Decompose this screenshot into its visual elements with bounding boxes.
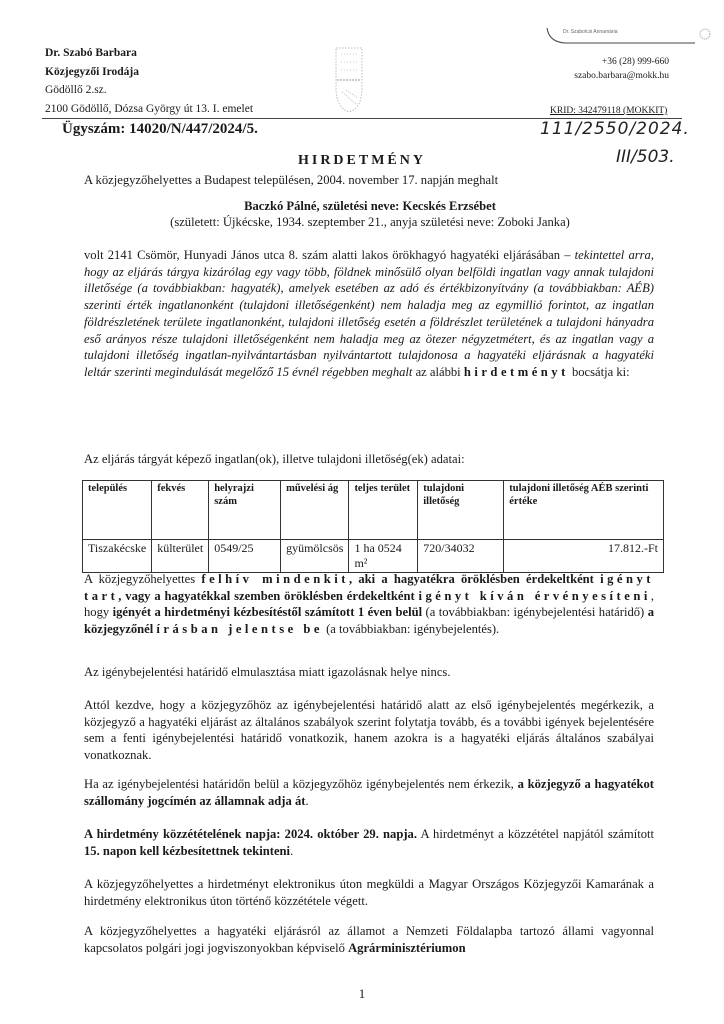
signature-stamp: Dr. Szabolcsi Annamária bbox=[545, 26, 715, 46]
p5-c: . bbox=[305, 794, 308, 808]
p1-lead: volt 2141 Csömör, Hunyadi János utca 8. … bbox=[84, 248, 575, 262]
office-title: Közjegyzői Irodája bbox=[45, 63, 253, 82]
email: szabo.barbara@mokk.hu bbox=[574, 70, 669, 84]
krid-id: KRID: 342479118 (MOKKIT) bbox=[550, 106, 667, 116]
p2-b: felhív mindenkit bbox=[201, 572, 349, 586]
table-row: Tiszakécskekülterület0549/25gyümölcsös1 … bbox=[83, 540, 664, 573]
table-cell: külterület bbox=[152, 540, 209, 573]
case-number: Ügyszám: 14020/N/447/2024/5. bbox=[62, 121, 258, 138]
stamp-text: Dr. Szabolcsi Annamária bbox=[563, 29, 617, 35]
p2-f: igényt kíván érvényesíteni bbox=[419, 589, 651, 603]
table-body: Tiszakécskekülterület0549/25gyümölcsös1 … bbox=[83, 540, 664, 573]
table-header-cell: település bbox=[83, 481, 152, 540]
office-address: 2100 Gödöllő, Dózsa György út 13. I. eme… bbox=[45, 100, 253, 119]
p2-h: igényét a hirdetményi kézbesítéstől szám… bbox=[113, 605, 422, 619]
table-header-cell: fekvés bbox=[152, 481, 209, 540]
table-header-cell: művelési ág bbox=[281, 481, 349, 540]
table-intro: Az eljárás tárgyát képező ingatlan(ok), … bbox=[84, 451, 654, 468]
contact-block: +36 (28) 999-660 szabo.barbara@mokk.hu bbox=[574, 56, 669, 83]
table-cell: gyümölcsös bbox=[281, 540, 349, 573]
handwritten-reference-1: 111/2550/2024. bbox=[540, 119, 690, 139]
paragraph-chamber: A közjegyzőhelyettes a hirdetményt elekt… bbox=[84, 876, 654, 909]
p2-i: (a továbbiakban: igénybejelentési határi… bbox=[422, 605, 648, 619]
paragraph-no-excuse: Az igénybejelentési határidő elmulasztás… bbox=[84, 664, 654, 681]
p2-e: , vagy a hagyatékkal szemben öröklésben … bbox=[118, 589, 418, 603]
p1-spaced: hirdetményt bbox=[464, 365, 569, 379]
table-header-cell: helyrajzi szám bbox=[209, 481, 281, 540]
p2-c: , aki a hagyatékra öröklésben érdekeltké… bbox=[349, 572, 600, 586]
p1-mid: az alábbi bbox=[412, 365, 463, 379]
paragraph-publication-date: A hirdetmény közzétételének napja: 2024.… bbox=[84, 826, 654, 859]
paragraph-call: A közjegyzőhelyettes felhív mindenkit, a… bbox=[84, 571, 654, 638]
office-name: Dr. Szabó Barbara bbox=[45, 44, 253, 63]
office-header: Dr. Szabó Barbara Közjegyzői Irodája Göd… bbox=[45, 44, 253, 118]
p6-c: 15. napon kell kézbesítettnek tekinteni bbox=[84, 844, 290, 858]
deceased-birth: (született: Újkécske, 1934. szeptember 2… bbox=[60, 214, 680, 231]
coat-of-arms-icon bbox=[328, 40, 370, 115]
p1-italic: tekintettel arra, hogy az eljárás tárgya… bbox=[84, 248, 654, 379]
table-cell: 17.812.-Ft bbox=[504, 540, 664, 573]
p6-b: A hirdetményt a közzététel napjától szám… bbox=[417, 827, 654, 841]
p2-m: (a továbbiakban: igénybejelentés). bbox=[323, 622, 499, 636]
table-cell: 1 ha 0524 m² bbox=[349, 540, 418, 573]
table-cell: Tiszakécske bbox=[83, 540, 152, 573]
p1-tail: bocsátja ki: bbox=[569, 365, 630, 379]
property-table: településfekvéshelyrajzi számművelési ág… bbox=[82, 480, 664, 573]
p8-b: Agrárminisztériumon bbox=[348, 941, 466, 955]
document-title: HIRDETMÉNY bbox=[0, 153, 724, 169]
paragraph-state-transfer: Ha az igénybejelentési határidőn belül a… bbox=[84, 776, 654, 809]
table-cell: 720/34032 bbox=[418, 540, 504, 573]
deceased-name: Baczkó Pálné, születési neve: Kecskés Er… bbox=[60, 198, 680, 215]
paragraph-procedure: volt 2141 Csömör, Hunyadi János utca 8. … bbox=[84, 247, 654, 381]
table-cell: 0549/25 bbox=[209, 540, 281, 573]
page-number: 1 bbox=[0, 986, 724, 1002]
paragraph-general-rules: Attól kezdve, hogy a közjegyzőhöz az igé… bbox=[84, 697, 654, 764]
table-header-cell: teljes terület bbox=[349, 481, 418, 540]
p5-a: Ha az igénybejelentési határidőn belül a… bbox=[84, 777, 518, 791]
table-header-cell: tulajdoni illetőség AÉB szerinti értéke bbox=[504, 481, 664, 540]
p2-a: A közjegyzőhelyettes bbox=[84, 572, 201, 586]
phone: +36 (28) 999-660 bbox=[574, 56, 669, 70]
p6-d: . bbox=[290, 844, 293, 858]
paragraph-ministry: A közjegyzőhelyettes a hagyatéki eljárás… bbox=[84, 923, 654, 956]
office-seat: Gödöllő 2.sz. bbox=[45, 81, 253, 100]
p2-l: írásban jelentse be bbox=[156, 622, 323, 636]
table-header-row: településfekvéshelyrajzi számművelési ág… bbox=[83, 481, 664, 540]
table-header-cell: tulajdoni illetőség bbox=[418, 481, 504, 540]
intro-line: A közjegyzőhelyettes a Budapest települé… bbox=[84, 172, 654, 189]
p6-a: A hirdetmény közzétételének napja: 2024.… bbox=[84, 827, 417, 841]
